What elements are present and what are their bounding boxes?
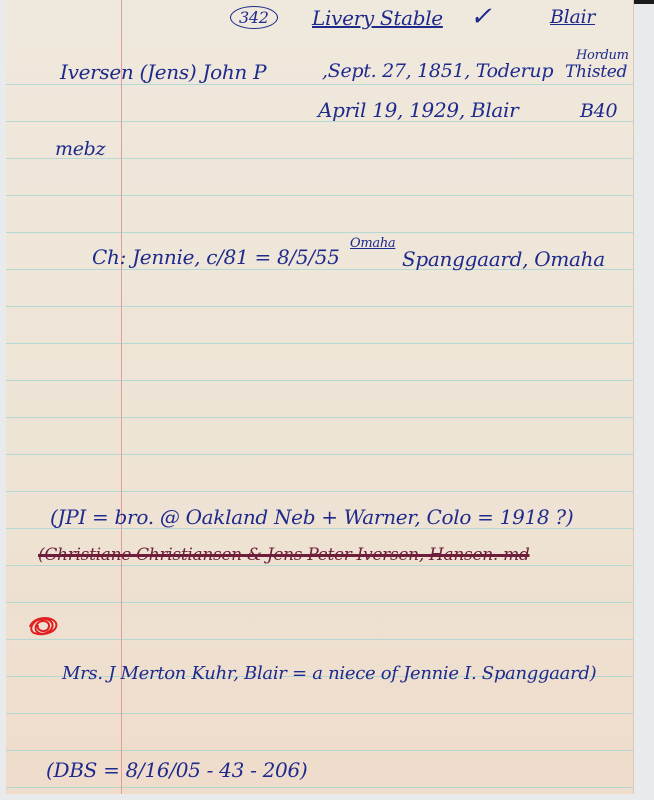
burial-code: B40	[580, 100, 617, 122]
note-code: mebz	[55, 138, 105, 160]
birth-suffix: Thisted	[565, 62, 627, 82]
children-superscript: Omaha	[350, 236, 395, 251]
ruled-line	[6, 195, 633, 196]
occupation: Livery Stable	[312, 6, 443, 30]
sibling-note: (JPI = bro. @ Oakland Neb + Warner, Colo…	[50, 505, 573, 529]
death-info: April 19, 1929, Blair	[318, 98, 518, 122]
birth-alt-note: Hordum	[576, 48, 629, 63]
ruled-line	[6, 232, 633, 233]
check-icon: ✓	[470, 2, 492, 32]
record-number: 342	[230, 6, 278, 29]
ruled-line	[6, 417, 633, 418]
children-line: Ch: Jennie, c/81 = 8/5/55	[92, 245, 340, 269]
ruled-line	[6, 750, 633, 751]
struck-out-line: (Christiane Christiansen & Jens Peter Iv…	[38, 545, 529, 565]
source-note: (DBS = 8/16/05 - 43 - 206)	[46, 758, 307, 782]
ruled-line	[6, 84, 633, 85]
red-scribble-mark	[26, 613, 60, 639]
person-name: Iversen (Jens) John P	[60, 60, 266, 84]
children-rest: Spanggaard, Omaha	[402, 247, 605, 271]
ruled-line	[6, 787, 633, 788]
ruled-line	[6, 713, 633, 714]
birth-info: ,Sept. 27, 1851, Toderup	[322, 60, 553, 82]
ruled-line	[6, 454, 633, 455]
ruled-line	[6, 343, 633, 344]
ruled-line	[6, 565, 633, 566]
ruled-line	[6, 491, 633, 492]
ruled-line	[6, 380, 633, 381]
ruled-line	[6, 602, 633, 603]
niece-note: Mrs. J Merton Kuhr, Blair = a niece of J…	[62, 663, 596, 684]
ruled-line	[6, 306, 633, 307]
ruled-line	[6, 639, 633, 640]
residence: Blair	[550, 6, 595, 28]
